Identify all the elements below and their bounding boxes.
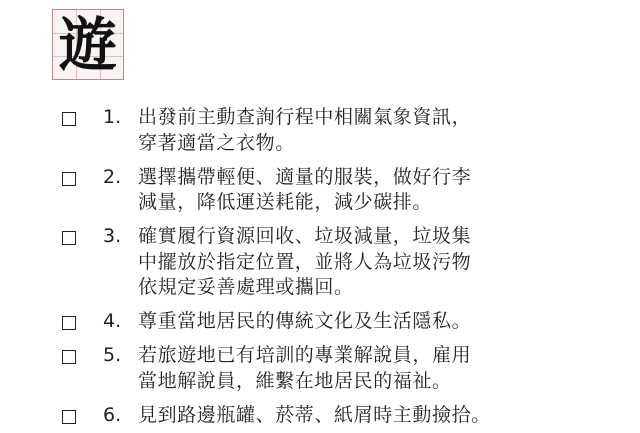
checklist-item-4: 4. 尊重當地居民的傳統文化及生活隱私。	[0, 309, 640, 335]
item-text: 尊重當地居民的傳統文化及生活隱私。	[138, 309, 508, 335]
item-number: 1.	[103, 105, 121, 131]
calligraphy-character-frame: 遊	[52, 9, 124, 80]
checklist-item-5: 5. 若旅遊地已有培訓的專業解說員，雇用 當地解說員，維繫在地居民的福祉。	[0, 343, 640, 394]
item-text-line: 見到路邊瓶罐、菸蒂、紙屑時主動撿拾。	[138, 403, 508, 429]
checklist: 1. 出發前主動查詢行程中相關氣象資訊， 穿著適當之衣物。 2. 選擇攜帶輕便、…	[0, 105, 640, 433]
item-text-line: 減量，降低運送耗能，減少碳排。	[138, 190, 508, 216]
checkbox[interactable]	[62, 112, 76, 126]
item-text: 出發前主動查詢行程中相關氣象資訊， 穿著適當之衣物。	[138, 105, 508, 156]
item-text-line: 選擇攜帶輕便、適量的服裝，做好行李	[138, 165, 508, 191]
item-number: 2.	[103, 165, 121, 191]
checklist-item-2: 2. 選擇攜帶輕便、適量的服裝，做好行李 減量，降低運送耗能，減少碳排。	[0, 165, 640, 216]
checklist-item-3: 3. 確實履行資源回收、垃圾減量，垃圾集 中擺放於指定位置，並將人為垃圾污物 依…	[0, 224, 640, 301]
checkbox[interactable]	[62, 316, 76, 330]
item-text: 確實履行資源回收、垃圾減量，垃圾集 中擺放於指定位置，並將人為垃圾污物 依規定妥…	[138, 224, 508, 301]
item-text-line: 依規定妥善處理或攜回。	[138, 275, 508, 301]
item-number: 6.	[103, 403, 121, 429]
item-text-line: 穿著適當之衣物。	[138, 131, 508, 157]
checklist-item-1: 1. 出發前主動查詢行程中相關氣象資訊， 穿著適當之衣物。	[0, 105, 640, 156]
item-text-line: 確實履行資源回收、垃圾減量，垃圾集	[138, 224, 508, 250]
item-text-line: 中擺放於指定位置，並將人為垃圾污物	[138, 250, 508, 276]
item-number: 5.	[103, 343, 121, 369]
item-number: 4.	[103, 309, 121, 335]
item-text: 選擇攜帶輕便、適量的服裝，做好行李 減量，降低運送耗能，減少碳排。	[138, 165, 508, 216]
item-text-line: 若旅遊地已有培訓的專業解說員，雇用	[138, 343, 508, 369]
checkbox[interactable]	[62, 350, 76, 364]
checkbox[interactable]	[62, 231, 76, 245]
item-text: 見到路邊瓶罐、菸蒂、紙屑時主動撿拾。	[138, 403, 508, 429]
checkbox[interactable]	[62, 172, 76, 186]
item-text-line: 當地解說員，維繫在地居民的福祉。	[138, 369, 508, 395]
checklist-item-6: 6. 見到路邊瓶罐、菸蒂、紙屑時主動撿拾。	[0, 403, 640, 429]
item-text-line: 出發前主動查詢行程中相關氣象資訊，	[138, 105, 508, 131]
item-text: 若旅遊地已有培訓的專業解說員，雇用 當地解說員，維繫在地居民的福祉。	[138, 343, 508, 394]
calligraphy-character: 遊	[53, 10, 123, 79]
item-text-line: 尊重當地居民的傳統文化及生活隱私。	[138, 309, 508, 335]
checkbox[interactable]	[62, 410, 76, 424]
item-number: 3.	[103, 224, 121, 250]
